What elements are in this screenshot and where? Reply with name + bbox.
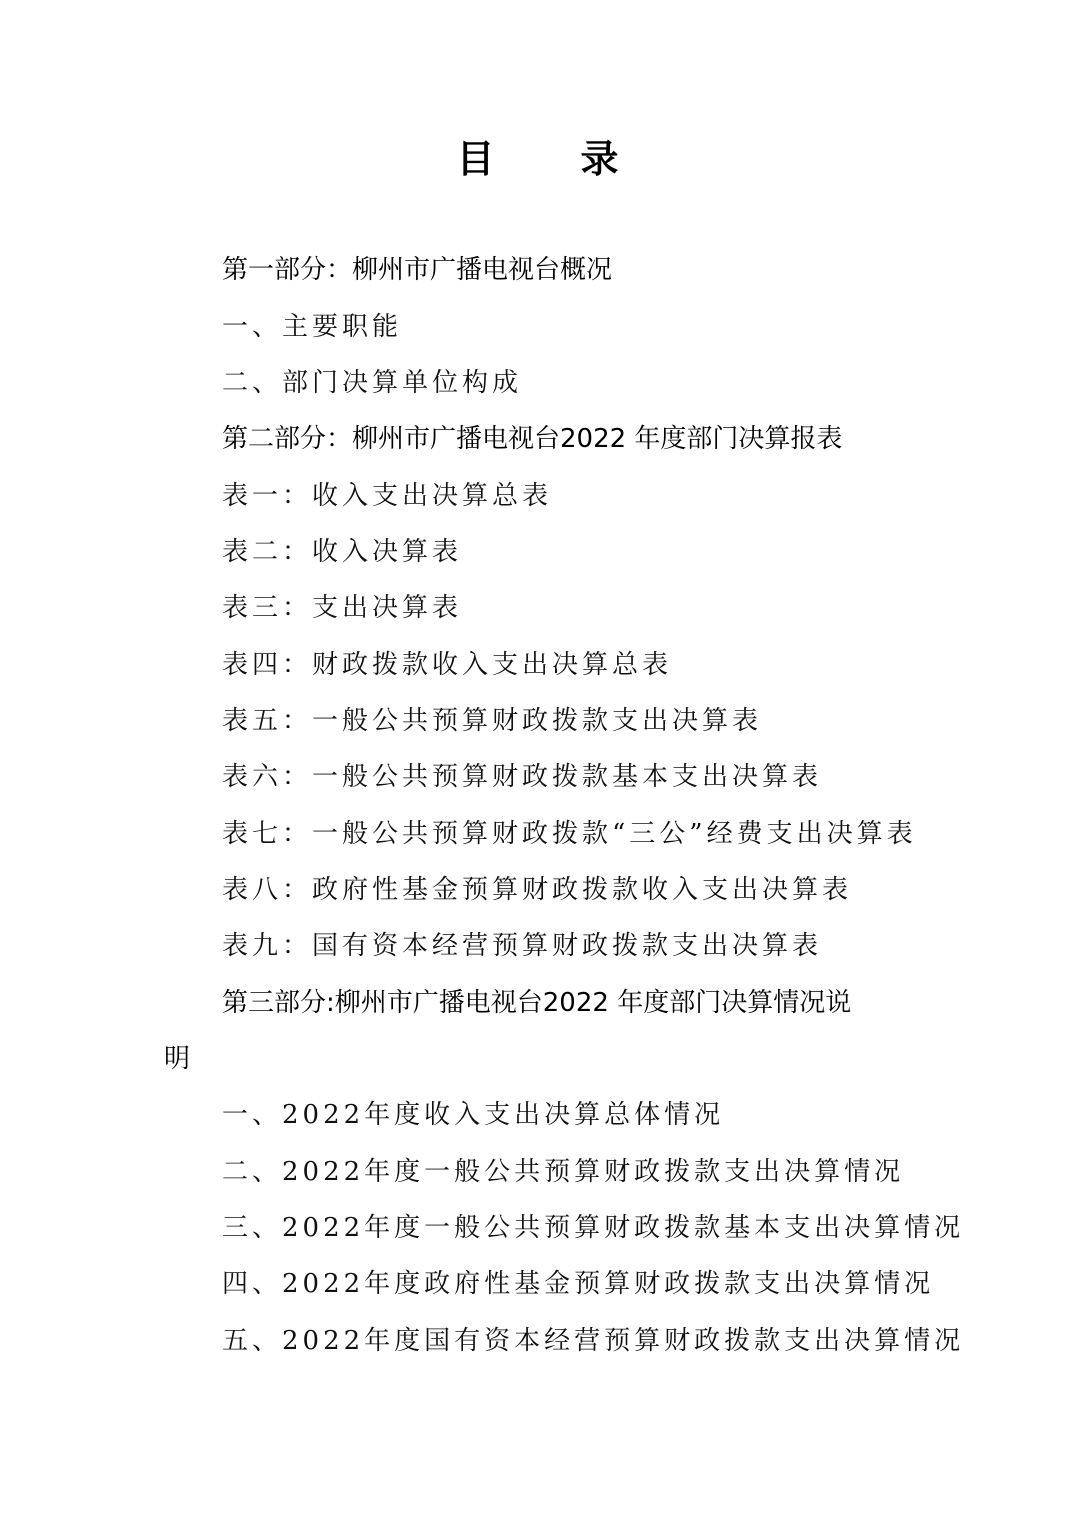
toc-part3-item-5[interactable]: 五、2022年度国有资本经营预算财政拨款支出决算情况: [222, 1324, 964, 1358]
toc-part2-item-9[interactable]: 表九：国有资本经营预算财政拨款支出决算表: [222, 929, 822, 963]
toc-part3-item-1[interactable]: 一、2022年度收入支出决算总体情况: [222, 1098, 724, 1132]
toc-part2-item-2[interactable]: 表二：收入决算表: [222, 535, 462, 569]
title-char-1: 目: [456, 136, 494, 182]
toc-part2-item-8[interactable]: 表八：政府性基金预算财政拨款收入支出决算表: [222, 873, 852, 907]
toc-part2-item-3[interactable]: 表三：支出决算表: [222, 591, 462, 625]
toc-part3-heading-continued[interactable]: 明: [164, 1042, 190, 1076]
page-title: 目录: [0, 136, 1075, 182]
toc-part1-item-2[interactable]: 二、部门决算单位构成: [222, 366, 522, 400]
toc-part2-item-5[interactable]: 表五：一般公共预算财政拨款支出决算表: [222, 704, 762, 738]
toc-part2-item-6[interactable]: 表六：一般公共预算财政拨款基本支出决算表: [222, 760, 822, 794]
document-page: 目录 第一部分：柳州市广播电视台概况 一、主要职能 二、部门决算单位构成 第二部…: [0, 0, 1075, 1520]
title-char-2: 录: [581, 136, 619, 182]
toc-part3-item-4[interactable]: 四、2022年度政府性基金预算财政拨款支出决算情况: [222, 1267, 934, 1301]
toc-part2-heading[interactable]: 第二部分：柳州市广播电视台2022 年度部门决算报表: [222, 422, 842, 456]
toc-part3-heading[interactable]: 第三部分:柳州市广播电视台2022 年度部门决算情况说: [222, 986, 851, 1020]
toc-part2-item-1[interactable]: 表一：收入支出决算总表: [222, 479, 552, 513]
toc-part2-item-7[interactable]: 表七：一般公共预算财政拨款“三公”经费支出决算表: [222, 817, 917, 851]
toc-part3-item-3[interactable]: 三、2022年度一般公共预算财政拨款基本支出决算情况: [222, 1211, 964, 1245]
toc-part2-item-4[interactable]: 表四：财政拨款收入支出决算总表: [222, 648, 672, 682]
toc-part1-heading[interactable]: 第一部分：柳州市广播电视台概况: [222, 253, 612, 287]
toc-part3-item-2[interactable]: 二、2022年度一般公共预算财政拨款支出决算情况: [222, 1155, 904, 1189]
toc-part1-item-1[interactable]: 一、主要职能: [222, 310, 402, 344]
